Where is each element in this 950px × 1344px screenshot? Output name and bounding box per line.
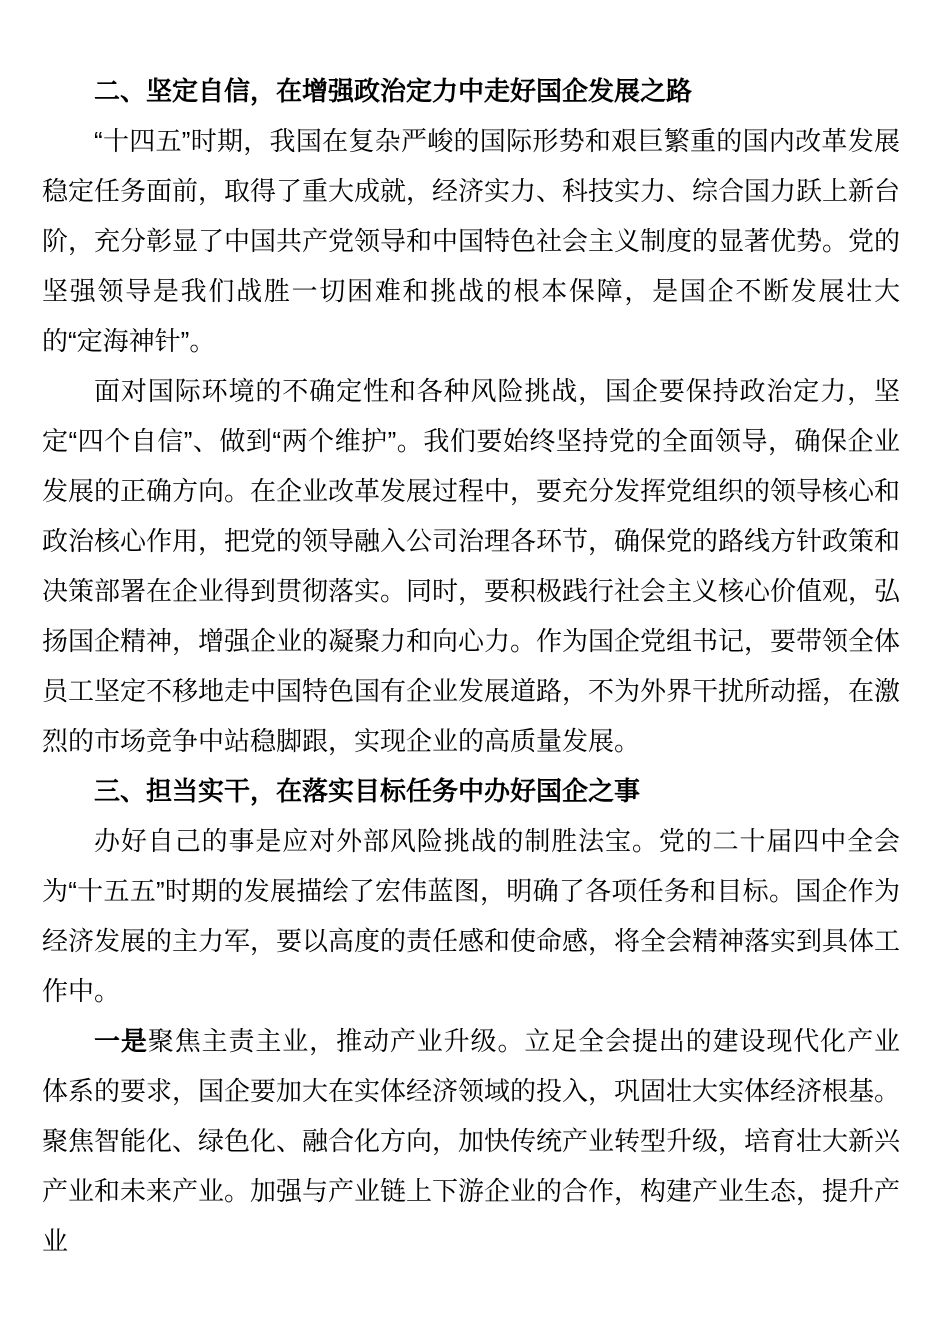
paragraph-industry-upgrade: 一是聚焦主责主业，推动产业升级。立足全会提出的建设现代化产业体系的要求，国企要加… — [42, 1016, 900, 1266]
section-heading-responsibility: 三、担当实干，在落实目标任务中办好国企之事 — [42, 766, 900, 816]
paragraph-political-resolve: 面对国际环境的不确定性和各种风险挑战，国企要保持政治定力，坚定“四个自信”、做到… — [42, 366, 900, 766]
paragraph-own-affairs: 办好自己的事是应对外部风险挑战的制胜法宝。党的二十届四中全会为“十五五”时期的发… — [42, 816, 900, 1016]
section-heading-self-confidence: 二、坚定自信，在增强政治定力中走好国企发展之路 — [42, 66, 900, 116]
paragraph-body-text: 聚焦主责主业，推动产业升级。立足全会提出的建设现代化产业体系的要求，国企要加大在… — [42, 1026, 900, 1256]
paragraph-14th-five-year: “十四五”时期，我国在复杂严峻的国际形势和艰巨繁重的国内改革发展稳定任务面前，取… — [42, 116, 900, 366]
document-page: 二、坚定自信，在增强政治定力中走好国企发展之路 “十四五”时期，我国在复杂严峻的… — [0, 0, 950, 1344]
paragraph-bold-lead: 一是 — [94, 1026, 148, 1056]
